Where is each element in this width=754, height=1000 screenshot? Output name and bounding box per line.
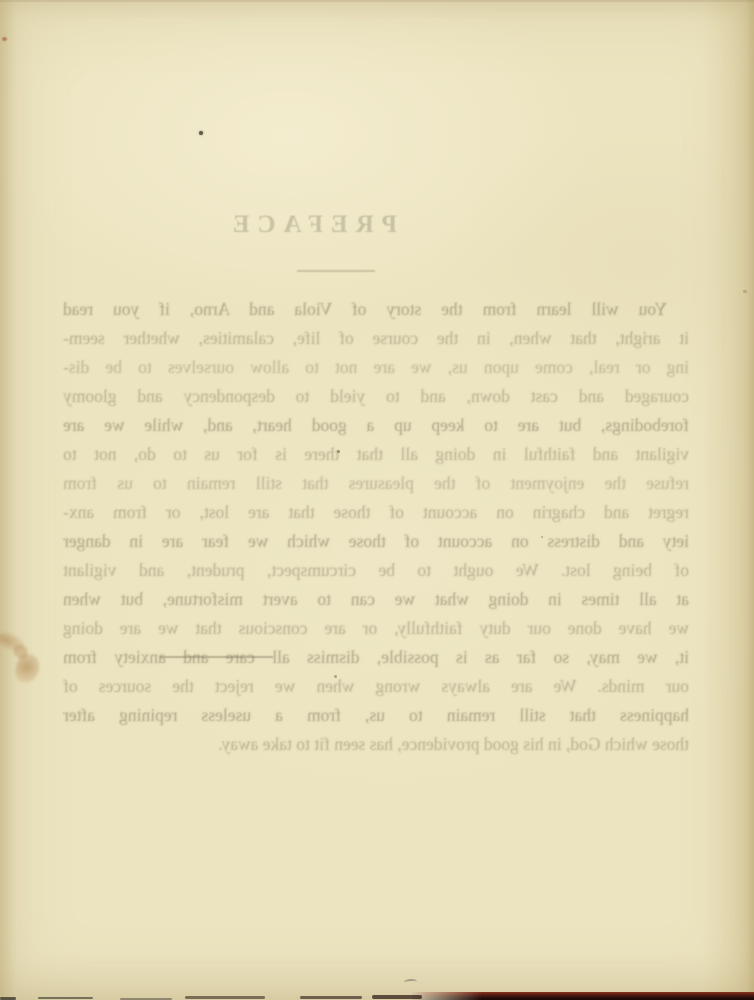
bleed-through-line: our minds. We are always wrong when we r… xyxy=(63,672,689,701)
page-edge-dash xyxy=(372,995,422,999)
bleed-through-line: refuse the enjoyment of the pleasures th… xyxy=(63,469,689,498)
bleed-through-line: forebodings, but are to keep up a good h… xyxy=(63,411,689,440)
dark-speck xyxy=(199,131,203,135)
bleed-through-preface-heading: PREFACE xyxy=(228,211,397,245)
page-edge-dash xyxy=(185,996,265,999)
bleed-through-line: at all times in doing what we can to ave… xyxy=(63,585,689,614)
bleed-through-line: those which God, in his good providence,… xyxy=(63,730,689,759)
paper-speck xyxy=(541,536,543,538)
bleed-through-line: it aright, that when, in the course of l… xyxy=(63,324,689,353)
bleed-through-line: it, we may, so far as is possible, dismi… xyxy=(63,643,689,672)
page-edge-dash xyxy=(38,997,93,999)
page-top-edge xyxy=(0,0,754,2)
bleed-through-word-underline xyxy=(160,656,273,658)
bleed-through-line: vigilant and faithful in doing all that … xyxy=(63,440,689,469)
book-page-scan: PREFACE You will learn from the story of… xyxy=(0,0,754,1000)
right-edge-mark xyxy=(743,290,747,293)
bleed-through-line: couraged and cast down, and to yield to … xyxy=(63,382,689,411)
red-speck xyxy=(2,37,7,41)
binding-edge-band xyxy=(412,992,754,1000)
bleed-through-line: regret and chagrin on account of those t… xyxy=(63,498,689,527)
page-edge-dash xyxy=(300,996,362,999)
bleed-through-line: iety and distress on account of those wh… xyxy=(63,527,689,556)
bleed-through-line: we have done our duty faithfully, or are… xyxy=(63,614,689,643)
bleed-through-line: You will learn from the story of Viola a… xyxy=(63,295,689,324)
bleed-through-paragraph: You will learn from the story of Viola a… xyxy=(63,295,689,759)
bleed-through-heading-rule xyxy=(297,270,375,272)
paper-speck xyxy=(334,675,337,678)
ink-stain xyxy=(0,628,52,692)
paper-speck xyxy=(337,450,340,453)
bleed-through-line: ing or real, come upon us, we are not to… xyxy=(63,353,689,382)
bleed-through-line: of being lost. We ought to be circumspec… xyxy=(63,556,689,585)
bleed-through-line: happiness that still remain to us, from … xyxy=(63,701,689,730)
pencil-squiggle-mark xyxy=(404,979,417,986)
